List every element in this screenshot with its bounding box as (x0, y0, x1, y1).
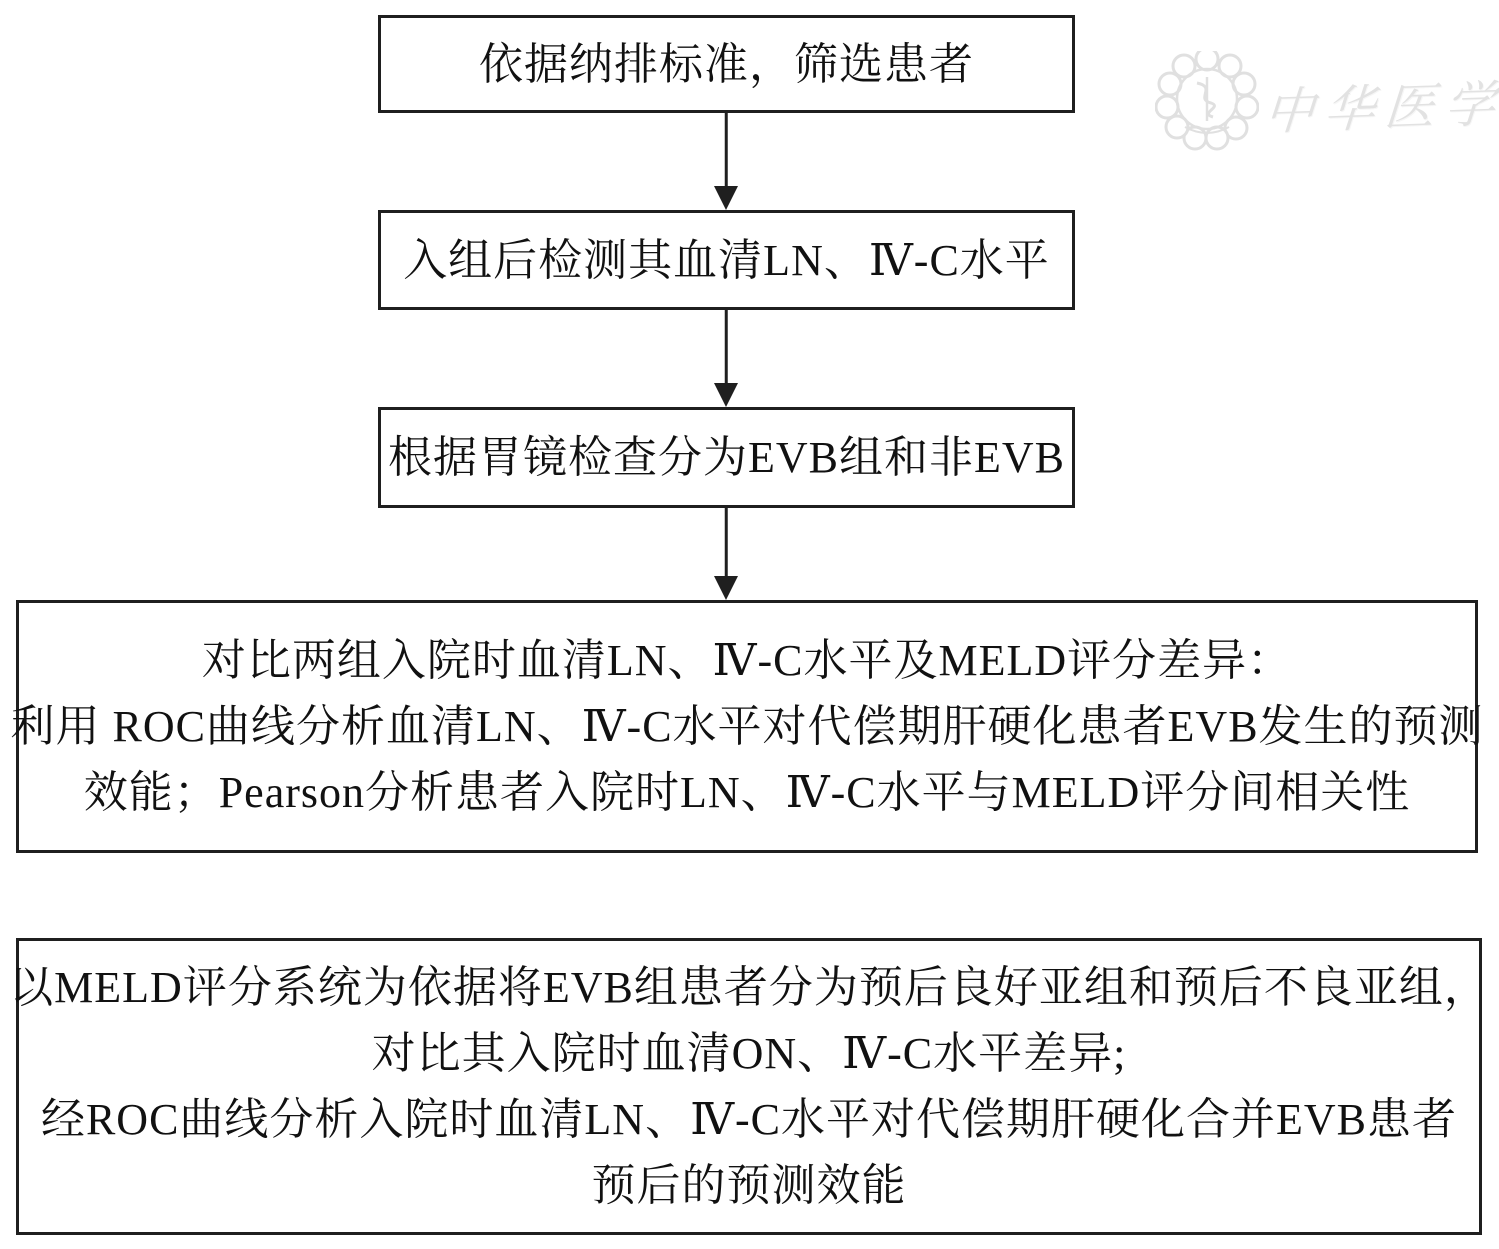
box-line: 入组后检测其血清LN、Ⅳ-C水平 (403, 228, 1050, 293)
box-line: 效能；Pearson分析患者入院时LN、Ⅳ-C水平与MELD评分间相关性 (84, 760, 1411, 826)
down-arrow (712, 113, 740, 210)
box-line: 以MELD评分系统为依据将EVB组患者分为预后良好亚组和预后不良亚组， (9, 955, 1489, 1021)
flow-box-compare-groups: 对比两组入院时血清LN、Ⅳ-C水平及MELD评分差异： 利用 ROC曲线分析血清… (16, 600, 1478, 853)
arrow-shaft (725, 113, 728, 194)
flow-box-subgroup-prognosis: 以MELD评分系统为依据将EVB组患者分为预后良好亚组和预后不良亚组， 对比其入… (16, 938, 1482, 1235)
arrow-shaft (725, 310, 728, 391)
down-arrow (712, 310, 740, 407)
flow-box-measure-serum: 入组后检测其血清LN、Ⅳ-C水平 (378, 210, 1075, 310)
box-line: 利用 ROC曲线分析血清LN、Ⅳ-C水平对代偿期肝硬化患者EVB发生的预测 (10, 694, 1483, 760)
flow-box-screen-patients: 依据纳排标准，筛选患者 (378, 15, 1075, 113)
down-arrow (712, 508, 740, 600)
arrow-shaft (725, 508, 728, 584)
arrow-head-icon (714, 383, 738, 407)
box-line: 预后的预测效能 (592, 1153, 907, 1219)
box-line: 对比两组入院时血清LN、Ⅳ-C水平及MELD评分差异： (202, 628, 1292, 694)
flowchart-page: 中华医学会 依据纳排标准，筛选患者 入组后检测其血清LN、Ⅳ-C水平 根据胃镜检… (0, 0, 1499, 1249)
box-line: 经ROC曲线分析入院时血清LN、Ⅳ-C水平对代偿期肝硬化合并EVB患者 (41, 1087, 1457, 1153)
watermark-text: 中华医学会 (1262, 62, 1499, 144)
arrow-head-icon (714, 186, 738, 210)
arrow-head-icon (714, 576, 738, 600)
watermark: 中华医学会 (1155, 48, 1485, 158)
box-line: 依据纳排标准，筛选患者 (479, 32, 974, 97)
medical-association-seal-icon (1155, 51, 1259, 155)
box-line: 根据胃镜检查分为EVB组和非EVB (388, 425, 1065, 490)
flow-box-group-by-endoscopy: 根据胃镜检查分为EVB组和非EVB (378, 407, 1075, 508)
box-line: 对比其入院时血清ON、Ⅳ-C水平差异; (372, 1021, 1127, 1087)
